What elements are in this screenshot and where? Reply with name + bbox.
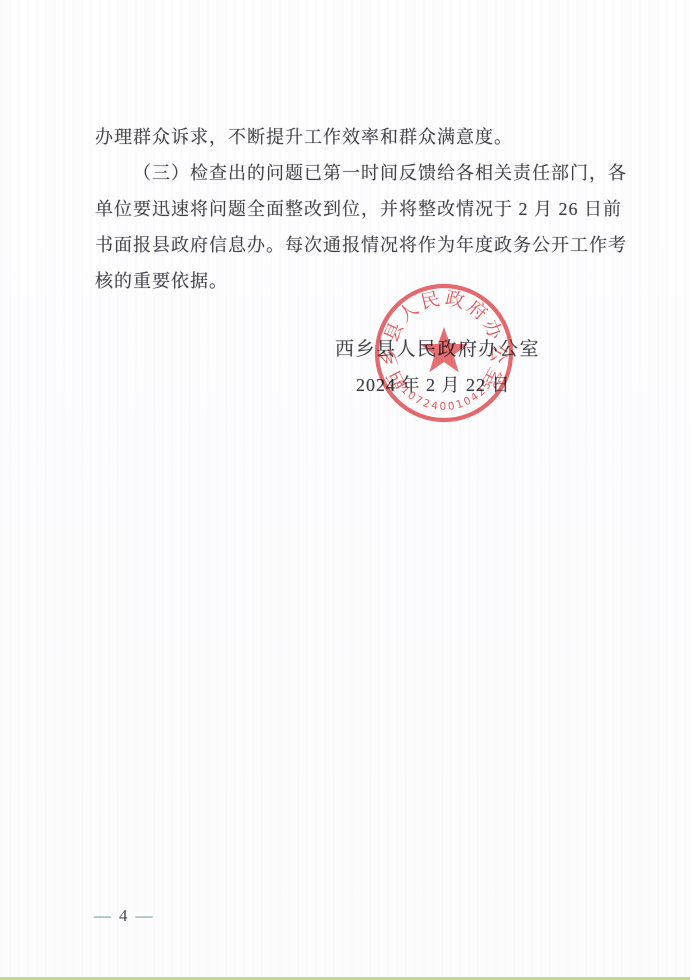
scanned-document-page: 办理群众诉求，不断提升工作效率和群众满意度。 （三）检查出的问题已第一时间反馈给… (0, 0, 690, 980)
body-line: 核的重要依据。 (95, 263, 617, 299)
official-seal-stamp: 西乡县人民政府办公室 6107240010425 (371, 280, 517, 426)
page-number-value: 4 (113, 906, 136, 925)
footer-dash-left: — (94, 906, 113, 925)
page-number: —4— (94, 906, 155, 926)
document-body: 办理群众诉求，不断提升工作效率和群众满意度。 （三）检查出的问题已第一时间反馈给… (95, 119, 617, 299)
seal-star-icon (420, 327, 468, 372)
body-line: 单位要迅速将问题全面整改到位，并将整改情况于 2 月 26 日前 (95, 191, 617, 227)
body-line: 办理群众诉求，不断提升工作效率和群众满意度。 (95, 119, 617, 155)
footer-dash-right: — (136, 906, 155, 925)
body-line: 书面报县政府信息办。每次通报情况将作为年度政务公开工作考 (95, 227, 617, 263)
body-line: （三）检查出的问题已第一时间反馈给各相关责任部门，各 (95, 155, 617, 191)
